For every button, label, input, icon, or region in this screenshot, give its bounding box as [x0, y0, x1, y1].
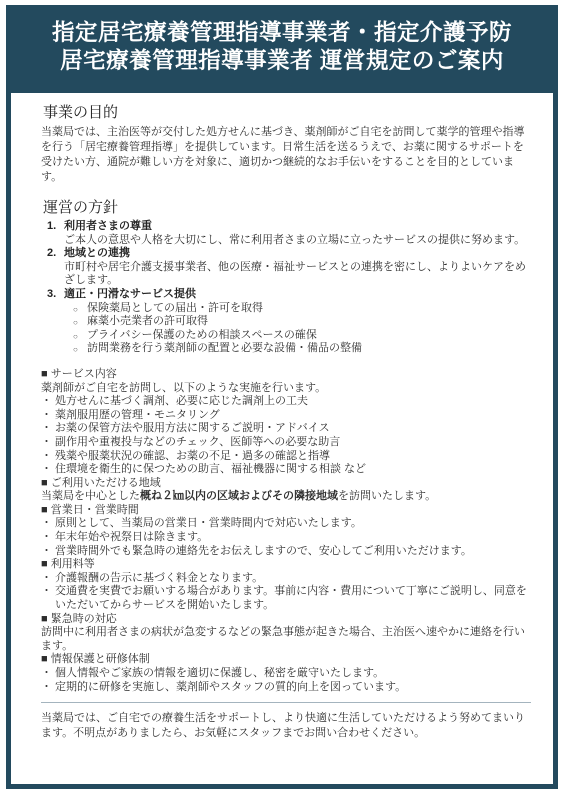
- policy-item-3: 3. 適正・円滑なサービス提供 ○ 保険薬局としての届出・許可を取得 ○ 麻薬小…: [47, 288, 531, 356]
- policy-item-2-title-row: 2. 地域との連携: [47, 247, 531, 261]
- footer-paragraph: 当薬局では、ご自宅での療養生活をサポートし、より快適に生活していただけるよう努め…: [41, 711, 531, 741]
- area-body-bold: 概ね２㎞以内の区域およびその隣接地域: [140, 490, 338, 502]
- fees-bullet: ・ 交通費を実費でお願いする場合があります。事前に内容・費用について丁寧にご説明…: [41, 585, 531, 612]
- policy-heading: 運営の方針: [43, 198, 531, 217]
- policy-item-2-number: 2.: [47, 247, 64, 261]
- area-body-suffix: を訪問いたします。: [338, 490, 436, 502]
- service-bullet-text: 住環境を衛生的に保つための助言、福祉機器に関する相談 など: [55, 463, 531, 477]
- policy-item-1: 1. 利用者さまの尊重 ご本人の意思や人格を大切にし、常に利用者さまの立場に立っ…: [47, 220, 531, 247]
- fees-bullet: ・ 介護報酬の告示に基づく料金となります。: [41, 572, 531, 586]
- dot-bullet-icon: ・: [41, 517, 55, 531]
- title-line-2: 居宅療養管理指導事業者 運営規定のご案内: [60, 47, 504, 75]
- document-frame: 指定居宅療養管理指導事業者・指定介護予防 居宅療養管理指導事業者 運営規定のご案…: [6, 5, 558, 789]
- dot-bullet-icon: ・: [41, 531, 55, 545]
- service-bullet: ・ 薬剤服用歴の管理・モニタリング: [41, 409, 531, 423]
- hours-bullet-text: 年末年始や祝祭日は除きます。: [55, 531, 531, 545]
- service-bullet: ・ 残薬や服薬状況の確認、お薬の不足・過多の確認と指導: [41, 450, 531, 464]
- policy-item-2-body: 市町村や居宅介護支援事業者、他の医療・福祉サービスとの連携を密にし、よりよいケア…: [64, 261, 531, 288]
- purpose-heading: 事業の目的: [43, 103, 531, 122]
- fees-bullet-text: 介護報酬の告示に基づく料金となります。: [55, 572, 531, 586]
- dot-bullet-icon: ・: [41, 681, 55, 695]
- policy-item-1-title-row: 1. 利用者さまの尊重: [47, 220, 531, 234]
- document-title-banner: 指定居宅療養管理指導事業者・指定介護予防 居宅療養管理指導事業者 運営規定のご案…: [6, 5, 558, 88]
- hours-bullet-text: 営業時間外でも緊急時の連絡先をお伝えしますので、安心してご利用いただけます。: [55, 545, 531, 559]
- dot-bullet-icon: ・: [41, 585, 55, 612]
- purpose-paragraph: 当薬局では、主治医等が交付した処方せんに基づき、薬剤師がご自宅を訪問して薬学的管…: [41, 125, 531, 185]
- dot-bullet-icon: ・: [41, 422, 55, 436]
- service-bullet-text: 残薬や服薬状況の確認、お薬の不足・過多の確認と指導: [55, 450, 531, 464]
- service-section-heading: ■ サービス内容: [41, 368, 531, 382]
- fees-bullet-text: 交通費を実費でお願いする場合があります。事前に内容・費用について丁寧にご説明し、…: [55, 585, 531, 612]
- circle-bullet-icon: ○: [73, 330, 87, 344]
- hours-bullet-text: 原則として、当薬局の営業日・営業時間内で対応いたします。: [55, 517, 531, 531]
- policy-item-2: 2. 地域との連携 市町村や居宅介護支援事業者、他の医療・福祉サービスとの連携を…: [47, 247, 531, 288]
- circle-bullet-icon: ○: [73, 343, 87, 357]
- policy-item-1-title: 利用者さまの尊重: [64, 220, 152, 234]
- policy-subitem-text: 麻薬小売業者の許可取得: [87, 315, 531, 329]
- privacy-bullet-text: 定期的に研修を実施し、薬剤師やスタッフの質的向上を図っています。: [55, 681, 531, 695]
- service-bullet-text: 処方せんに基づく調剤、必要に応じた調剤上の工夫: [55, 395, 531, 409]
- policy-subitem-text: 保険薬局としての届出・許可を取得: [87, 302, 531, 316]
- policy-subitem: ○ 訪問業務を行う薬剤師の配置と必要な設備・備品の整備: [73, 342, 531, 356]
- policy-subitem-text: プライバシー保護のための相談スペースの確保: [87, 329, 531, 343]
- hours-bullet: ・ 営業時間外でも緊急時の連絡先をお伝えしますので、安心してご利用いただけます。: [41, 545, 531, 559]
- dot-bullet-icon: ・: [41, 545, 55, 559]
- document-page: 指定居宅療養管理指導事業者・指定介護予防 居宅療養管理指導事業者 運営規定のご案…: [0, 0, 565, 800]
- policy-subitem: ○ 保険薬局としての届出・許可を取得: [73, 302, 531, 316]
- title-line-1: 指定居宅療養管理指導事業者・指定介護予防: [52, 19, 512, 47]
- privacy-bullet: ・ 個人情報やご家族の情報を適切に保護し、秘密を厳守いたします。: [41, 667, 531, 681]
- dot-bullet-icon: ・: [41, 667, 55, 681]
- dot-bullet-icon: ・: [41, 409, 55, 423]
- hours-section-heading: ■ 営業日・営業時間: [41, 504, 531, 518]
- policy-item-3-number: 3.: [47, 288, 64, 302]
- service-bullet: ・ 処方せんに基づく調剤、必要に応じた調剤上の工夫: [41, 395, 531, 409]
- circle-bullet-icon: ○: [73, 303, 87, 317]
- service-bullet: ・ 副作用や重複投与などのチェック、医師等への必要な助言: [41, 436, 531, 450]
- privacy-bullet: ・ 定期的に研修を実施し、薬剤師やスタッフの質的向上を図っています。: [41, 681, 531, 695]
- service-bullet-text: 薬剤服用歴の管理・モニタリング: [55, 409, 531, 423]
- area-body: 当薬局を中心とした概ね２㎞以内の区域およびその隣接地域を訪問いたします。: [41, 490, 531, 504]
- service-bullet: ・ お薬の保管方法や服用方法に関するご説明・アドバイス: [41, 422, 531, 436]
- circle-bullet-icon: ○: [73, 316, 87, 330]
- fees-section-heading: ■ 利用料等: [41, 558, 531, 572]
- policy-subitem: ○ 麻薬小売業者の許可取得: [73, 315, 531, 329]
- area-section-heading: ■ ご利用いただける地域: [41, 477, 531, 491]
- service-intro: 薬剤師がご自宅を訪問し、以下のような実施を行います。: [41, 382, 531, 396]
- info-sections: ■ サービス内容 薬剤師がご自宅を訪問し、以下のような実施を行います。 ・ 処方…: [41, 368, 531, 694]
- emergency-section-heading: ■ 緊急時の対応: [41, 613, 531, 627]
- service-bullet-text: 副作用や重複投与などのチェック、医師等への必要な助言: [55, 436, 531, 450]
- document-body: 事業の目的 当薬局では、主治医等が交付した処方せんに基づき、薬剤師がご自宅を訪問…: [11, 93, 553, 784]
- dot-bullet-icon: ・: [41, 395, 55, 409]
- privacy-bullet-text: 個人情報やご家族の情報を適切に保護し、秘密を厳守いたします。: [55, 667, 531, 681]
- hours-bullet: ・ 年末年始や祝祭日は除きます。: [41, 531, 531, 545]
- policy-subitem-text: 訪問業務を行う薬剤師の配置と必要な設備・備品の整備: [87, 342, 531, 356]
- policy-item-1-number: 1.: [47, 220, 64, 234]
- policy-item-3-title-row: 3. 適正・円滑なサービス提供: [47, 288, 531, 302]
- dot-bullet-icon: ・: [41, 463, 55, 477]
- policy-list: 1. 利用者さまの尊重 ご本人の意思や人格を大切にし、常に利用者さまの立場に立っ…: [47, 220, 531, 356]
- emergency-body: 訪問中に利用者さまの病状が急変するなどの緊急事態が起きた場合、主治医へ速やかに連…: [41, 626, 531, 653]
- policy-subitem: ○ プライバシー保護のための相談スペースの確保: [73, 329, 531, 343]
- policy-item-1-body: ご本人の意思や人格を大切にし、常に利用者さまの立場に立ったサービスの提供に努めま…: [64, 234, 531, 248]
- privacy-section-heading: ■ 情報保護と研修体制: [41, 653, 531, 667]
- hours-bullet: ・ 原則として、当薬局の営業日・営業時間内で対応いたします。: [41, 517, 531, 531]
- dot-bullet-icon: ・: [41, 436, 55, 450]
- dot-bullet-icon: ・: [41, 450, 55, 464]
- policy-item-2-title: 地域との連携: [64, 247, 130, 261]
- footer-divider: [41, 702, 531, 703]
- service-bullet: ・ 住環境を衛生的に保つための助言、福祉機器に関する相談 など: [41, 463, 531, 477]
- policy-item-3-title: 適正・円滑なサービス提供: [64, 288, 196, 302]
- dot-bullet-icon: ・: [41, 572, 55, 586]
- area-body-prefix: 当薬局を中心とした: [41, 490, 140, 502]
- service-bullet-text: お薬の保管方法や服用方法に関するご説明・アドバイス: [55, 422, 531, 436]
